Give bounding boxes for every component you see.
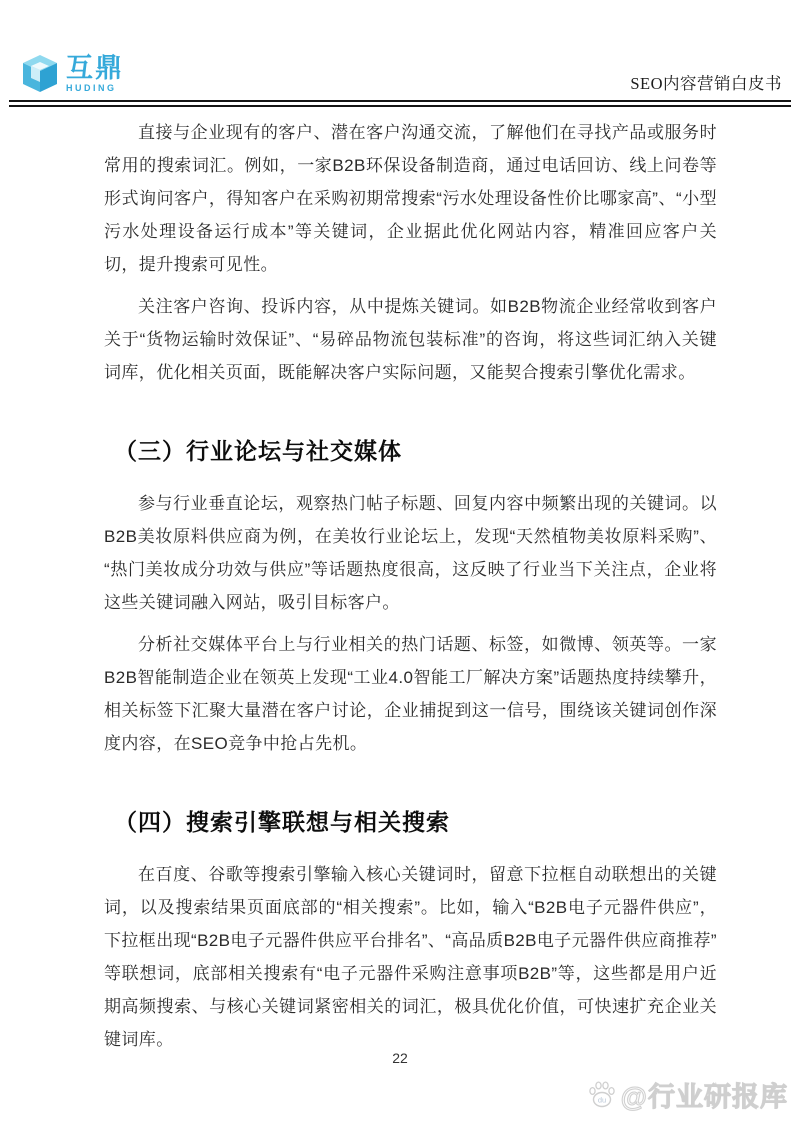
- paragraph-forums: 参与行业垂直论坛，观察热门帖子标题、回复内容中频繁出现的关键词。以B2B美妆原料…: [104, 487, 717, 619]
- logo-brand-en: HUDING: [66, 84, 124, 93]
- section-heading-4: （四）搜索引擎联想与相关搜索: [114, 804, 717, 837]
- paw-du-label: du: [598, 1095, 606, 1104]
- paragraph-customer-communication: 直接与企业现有的客户、潜在客户沟通交流，了解他们在寻找产品或服务时常用的搜索词汇…: [104, 116, 717, 281]
- paragraph-social-media: 分析社交媒体平台上与行业相关的热门话题、标签，如微博、领英等。一家B2B智能制造…: [104, 628, 717, 760]
- header-divider: [9, 100, 791, 107]
- baidu-paw-icon: du: [587, 1080, 617, 1110]
- paragraph-search-suggestions: 在百度、谷歌等搜索引擎输入核心关键词时，留意下拉框自动联想出的关键词，以及搜索结…: [104, 858, 717, 1056]
- paragraph-customer-inquiries: 关注客户咨询、投诉内容，从中提炼关键词。如B2B物流企业经常收到客户关于“货物运…: [104, 290, 717, 389]
- watermark-text: @行业研报库: [621, 1075, 788, 1114]
- watermark: du @行业研报库: [587, 1075, 788, 1114]
- section-heading-3: （三）行业论坛与社交媒体: [114, 433, 717, 466]
- logo-brand-cn: 互鼎: [66, 55, 124, 82]
- page-body: 直接与企业现有的客户、潜在客户沟通交流，了解他们在寻找产品或服务时常用的搜索词汇…: [0, 107, 800, 1056]
- huding-logo: 互鼎 HUDING: [18, 52, 124, 96]
- huding-logo-text: 互鼎 HUDING: [66, 55, 124, 93]
- huding-cube-icon: [18, 52, 62, 96]
- page-number: 22: [0, 1050, 800, 1066]
- page-header: 互鼎 HUDING SEO内容营销白皮书: [0, 0, 800, 100]
- document-page: 互鼎 HUDING SEO内容营销白皮书 直接与企业现有的客户、潜在客户沟通交流…: [0, 0, 800, 1132]
- document-title: SEO内容营销白皮书: [630, 70, 782, 96]
